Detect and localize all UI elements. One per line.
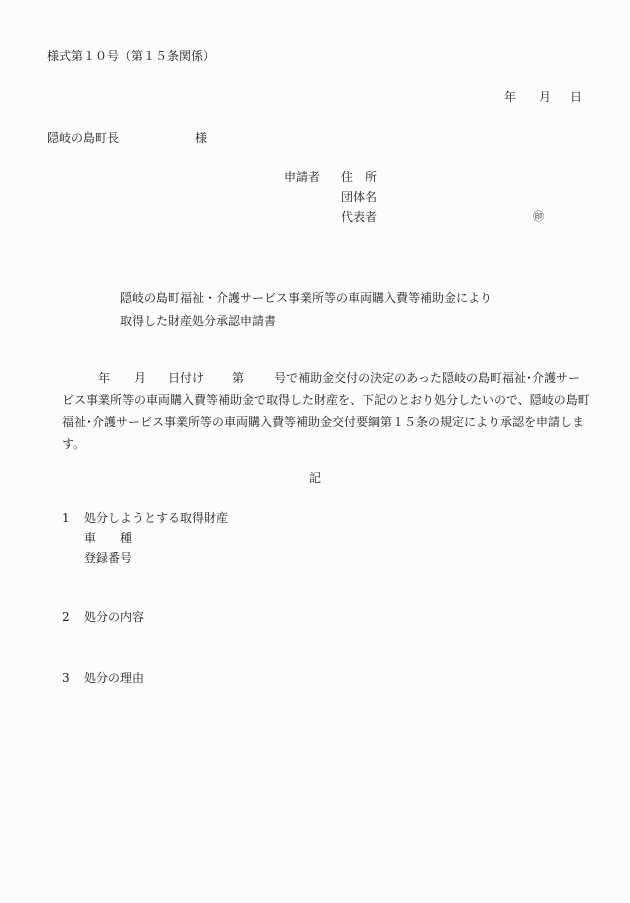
addressee: 隠岐の島町長 様 <box>47 130 119 146</box>
item-1-vehicle-type: 車 種 <box>84 530 132 546</box>
applicant-label: 申請者 <box>284 169 320 185</box>
addressee-honorific: 様 <box>195 130 207 146</box>
item-1-registration-number: 登録番号 <box>84 550 132 566</box>
ki-label: 記 <box>309 470 321 486</box>
item-1-number: 1 <box>62 510 70 526</box>
address-label: 住 所 <box>341 169 377 185</box>
date-day: 日 <box>570 89 582 105</box>
representative-label: 代表者 <box>341 209 377 225</box>
addressee-name: 隠岐の島町長 <box>47 131 119 145</box>
body-month: 月 <box>134 371 146 385</box>
date-year: 年 <box>504 89 516 105</box>
body-year: 年 <box>98 371 110 385</box>
date-line: 年月日 <box>504 89 582 105</box>
body-number-prefix: 第 <box>232 371 244 385</box>
organization-label: 団体名 <box>341 189 377 205</box>
body-paragraph: 年月日付け第号で補助金交付の決定のあった隠岐の島町福祉･介護サービス事業所等の車… <box>62 367 590 455</box>
item-2-number: 2 <box>62 609 70 625</box>
date-month: 月 <box>539 89 551 105</box>
document-title-line1: 隠岐の島町福祉・介護サービス事業所等の車両購入費等補助金により <box>120 290 492 306</box>
item-3-number: 3 <box>62 670 70 686</box>
item-2-label: 処分の内容 <box>84 609 144 625</box>
body-dated: 日付け <box>168 371 204 385</box>
form-number: 様式第１０号（第１５条関係） <box>47 48 215 64</box>
item-3-label: 処分の理由 <box>84 670 144 686</box>
seal-icon: ㊞ <box>533 209 544 225</box>
document-title-line2: 取得した財産処分承認申請書 <box>120 313 276 329</box>
item-1-label: 処分しようとする取得財産 <box>84 510 228 526</box>
